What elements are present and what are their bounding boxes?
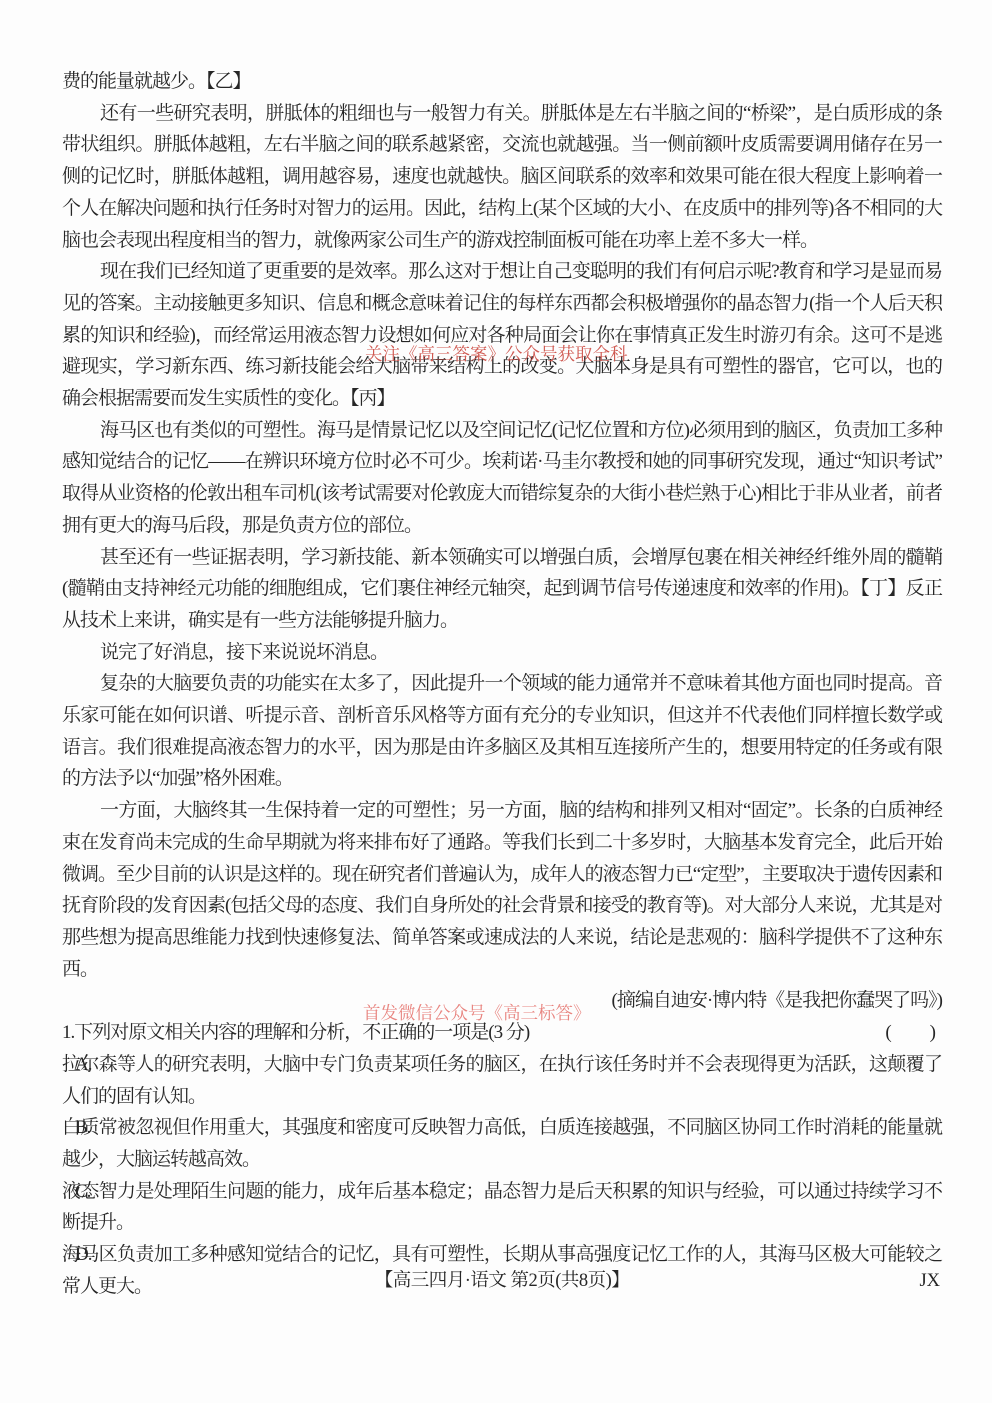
paragraph: 甚至还有一些证据表明，学习新技能、新本领确实可以增强白质，会增厚包裹在相关神经纤… [62,542,942,637]
footer-page-label: 【高三四月·语文 第2页(共8页)】 [375,1271,630,1291]
source-attribution: (摘编自迪安·博内特《是我把你蠢哭了吗》) [62,985,942,1017]
option-c-text: 液态智力是处理陌生问题的能力，成年后基本稳定；晶态智力是后天积累的知识与经验，可… [62,1181,942,1234]
paragraph: 还有一些研究表明，胼胝体的粗细也与一般智力有关。胼胝体是左右半脑之间的“桥梁”，… [62,98,942,257]
paragraph: 一方面，大脑终其一生保持着一定的可塑性；另一方面，脑的结构和排列又相对“固定”。… [62,795,942,985]
option-c: C. 液态智力是处理陌生问题的能力，成年后基本稳定；晶态智力是后天积累的知识与经… [62,1176,942,1239]
paragraph: 说完了好消息，接下来说说坏消息。 [62,637,942,669]
paragraph: 费的能量就越少。【乙】 [62,66,942,98]
footer-edition-code: JX [919,1266,940,1296]
option-c-label: C. [75,1176,90,1208]
option-b-label: B. [75,1112,90,1144]
exam-page: 费的能量就越少。【乙】 还有一些研究表明，胼胝体的粗细也与一般智力有关。胼胝体是… [0,0,992,1403]
exam-body-text: 费的能量就越少。【乙】 还有一些研究表明，胼胝体的粗细也与一般智力有关。胼胝体是… [62,66,942,1302]
option-a-text: 拉尔森等人的研究表明，大脑中专门负责某项任务的脑区，在执行该任务时并不会表现得更… [62,1054,942,1107]
question-1-stem-row: 1.下列对原文相关内容的理解和分析，不正确的一项是(3 分) ( ) [62,1017,942,1049]
question-number: 1. [62,1022,74,1043]
paragraph: 海马区也有类似的可塑性。海马是情景记忆以及空间记忆(记忆位置和方位)必须用到的脑… [62,415,942,542]
option-b: B. 白质常被忽视但作用重大，其强度和密度可反映智力高低，白质连接越强，不同脑区… [62,1112,942,1175]
page-footer: 【高三四月·语文 第2页(共8页)】 JX [62,1266,942,1296]
paragraph: 复杂的大脑要负责的功能实在太多了，因此提升一个领域的能力通常并不意味着其他方面也… [62,668,942,795]
paragraph: 现在我们已经知道了更重要的是效率。那么这对于想让自己变聪明的我们有何启示呢?教育… [62,256,942,415]
answer-blank-bracket: ( ) [885,1017,942,1049]
option-a-label: A. [75,1049,91,1081]
option-a: A. 拉尔森等人的研究表明，大脑中专门负责某项任务的脑区，在执行该任务时并不会表… [62,1049,942,1112]
option-b-text: 白质常被忽视但作用重大，其强度和密度可反映智力高低，白质连接越强，不同脑区协同工… [62,1117,942,1170]
question-1-stem: 1.下列对原文相关内容的理解和分析，不正确的一项是(3 分) [62,1017,529,1049]
question-stem-text: 下列对原文相关内容的理解和分析，不正确的一项是(3 分) [74,1022,529,1043]
